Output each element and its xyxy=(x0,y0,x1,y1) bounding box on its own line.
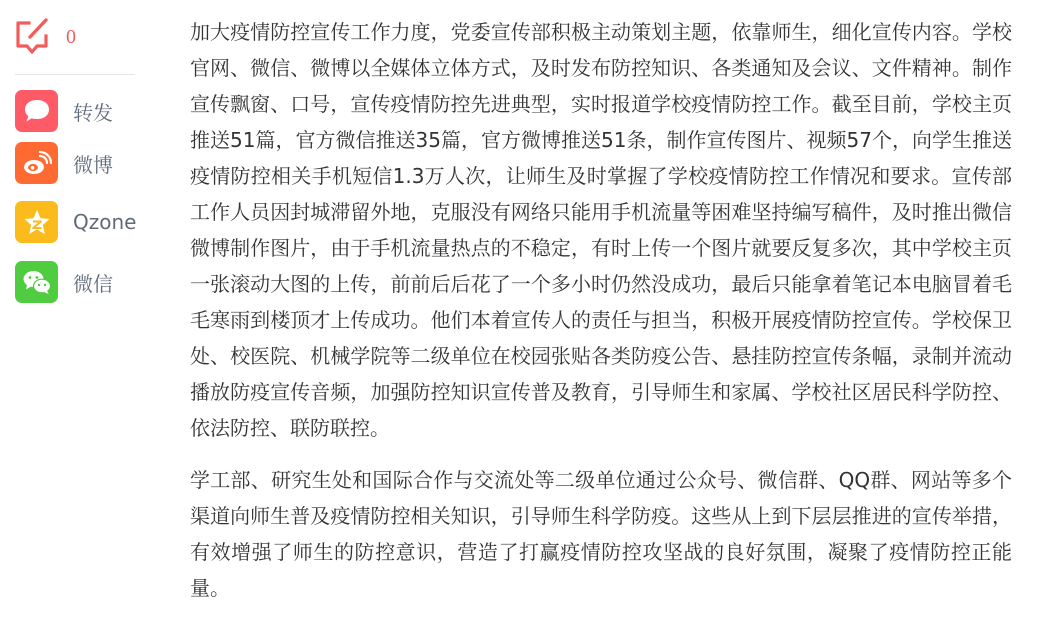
divider xyxy=(15,74,135,75)
share-forward-button[interactable]: 转发 xyxy=(15,90,113,132)
article-body: 加大疫情防控宣传工作力度，党委宣传部积极主动策划主题，依靠师生，细化宣传内容。学… xyxy=(190,14,1012,617)
comment-edit-icon xyxy=(15,17,55,57)
wechat-icon xyxy=(22,269,52,295)
share-forward-label: 转发 xyxy=(73,97,113,126)
wechat-tile xyxy=(15,261,58,303)
forward-tile xyxy=(15,90,58,132)
weibo-icon xyxy=(22,150,52,176)
comment-count: 0 xyxy=(66,27,76,47)
article-paragraph: 加大疫情防控宣传工作力度，党委宣传部积极主动策划主题，依靠师生，细化宣传内容。学… xyxy=(190,14,1012,446)
qzone-tile xyxy=(15,201,58,243)
share-qzone-button[interactable]: Qzone xyxy=(15,201,136,243)
qzone-star-icon xyxy=(23,209,51,236)
chat-bubble-icon xyxy=(23,98,51,124)
comment-button[interactable]: 0 xyxy=(15,17,76,57)
weibo-tile xyxy=(15,142,58,184)
share-wechat-label: 微信 xyxy=(73,268,113,297)
share-weibo-button[interactable]: 微博 xyxy=(15,142,113,184)
share-wechat-button[interactable]: 微信 xyxy=(15,261,113,303)
share-weibo-label: 微博 xyxy=(73,149,113,178)
article-paragraph: 学工部、研究生处和国际合作与交流处等二级单位通过公众号、微信群、QQ群、网站等多… xyxy=(190,462,1012,606)
share-qzone-label: Qzone xyxy=(73,210,136,234)
